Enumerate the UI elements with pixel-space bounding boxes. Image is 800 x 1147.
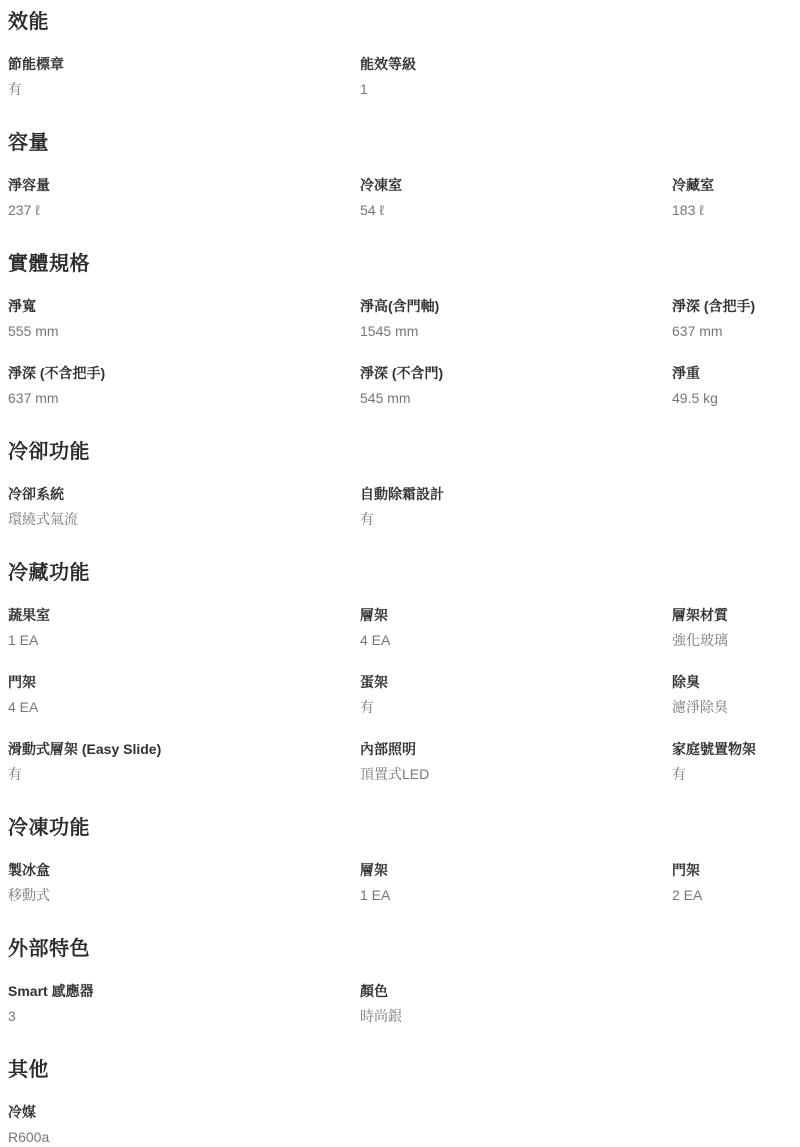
spec-item-value: 4 EA	[360, 630, 656, 650]
spec-item-label: 淨深 (不含門)	[360, 363, 656, 383]
spec-section: 外部特色 Smart 感應器 3 顏色 時尚銀	[8, 936, 800, 1026]
spec-item: 層架材質 強化玻璃	[672, 605, 800, 650]
spec-item-label: 冷卻系統	[8, 484, 344, 504]
spec-item-value: 有	[8, 79, 344, 99]
spec-item-label: 節能標章	[8, 54, 344, 74]
spec-row: 節能標章 有 能效等級 1	[8, 54, 800, 99]
spec-section-rows: 節能標章 有 能效等級 1	[8, 54, 800, 99]
spec-item-value: 時尚銀	[360, 1006, 656, 1026]
spec-item: 層架 1 EA	[360, 860, 672, 905]
spec-item: 淨深 (不含把手) 637 mm	[8, 363, 360, 408]
spec-item: 淨重 49.5 kg	[672, 363, 800, 408]
spec-item-value: 移動式	[8, 885, 344, 905]
spec-item-label: 家庭號置物架	[672, 739, 784, 759]
spec-item: 門架 4 EA	[8, 672, 360, 717]
spec-section: 容量 淨容量 237 ℓ 冷凍室 54 ℓ 冷藏室 183 ℓ	[8, 130, 800, 220]
spec-item-label: 門架	[8, 672, 344, 692]
spec-item-label: 淨深 (不含把手)	[8, 363, 344, 383]
spec-item-value: 1545 mm	[360, 321, 656, 341]
spec-section-title: 冷藏功能	[8, 560, 800, 586]
spec-item: 蔬果室 1 EA	[8, 605, 360, 650]
spec-item-label: 冷凍室	[360, 175, 656, 195]
spec-item: 蛋架 有	[360, 672, 672, 717]
spec-row: 淨容量 237 ℓ 冷凍室 54 ℓ 冷藏室 183 ℓ	[8, 175, 800, 220]
spec-item-value: 1	[360, 79, 656, 99]
spec-item: 內部照明 頂置式LED	[360, 739, 672, 784]
spec-item-label: Smart 感應器	[8, 981, 344, 1001]
spec-item-label: 層架材質	[672, 605, 784, 625]
spec-item: 冷凍室 54 ℓ	[360, 175, 672, 220]
spec-row: 冷卻系統 環繞式氣流 自動除霜設計 有	[8, 484, 800, 529]
spec-item: Smart 感應器 3	[8, 981, 360, 1026]
spec-item: 淨容量 237 ℓ	[8, 175, 360, 220]
spec-item-value: 3	[8, 1006, 344, 1026]
spec-item: 冷卻系統 環繞式氣流	[8, 484, 360, 529]
spec-item-value: 183 ℓ	[672, 200, 784, 220]
product-spec-sheet: 效能 節能標章 有 能效等級 1 容量 淨容量 237 ℓ 冷凍室 54 ℓ 冷…	[0, 0, 800, 1147]
spec-item: 冷媒 R600a	[8, 1102, 360, 1147]
spec-item: 門架 2 EA	[672, 860, 800, 905]
spec-item-label: 淨高(含門軸)	[360, 296, 656, 316]
spec-section: 冷卻功能 冷卻系統 環繞式氣流 自動除霜設計 有	[8, 439, 800, 529]
spec-item-label: 層架	[360, 605, 656, 625]
spec-item-value: 有	[360, 509, 656, 529]
spec-item-label: 滑動式層架 (Easy Slide)	[8, 739, 344, 759]
spec-row: 門架 4 EA 蛋架 有 除臭 濾淨除臭	[8, 672, 800, 717]
spec-item-label: 製冰盒	[8, 860, 344, 880]
spec-section: 冷凍功能 製冰盒 移動式 層架 1 EA 門架 2 EA	[8, 815, 800, 905]
spec-item-value: 2 EA	[672, 885, 784, 905]
spec-item: 家庭號置物架 有	[672, 739, 800, 784]
spec-section-title: 冷凍功能	[8, 815, 800, 841]
spec-item-value: 545 mm	[360, 388, 656, 408]
spec-item-value: 637 mm	[672, 321, 784, 341]
spec-item-value: 49.5 kg	[672, 388, 784, 408]
spec-section-rows: 冷卻系統 環繞式氣流 自動除霜設計 有	[8, 484, 800, 529]
spec-item-label: 淨重	[672, 363, 784, 383]
spec-row: 製冰盒 移動式 層架 1 EA 門架 2 EA	[8, 860, 800, 905]
spec-item-value: 濾淨除臭	[672, 697, 784, 717]
spec-section: 其他 冷媒 R600a	[8, 1057, 800, 1147]
spec-item-label: 冷媒	[8, 1102, 344, 1122]
spec-item: 自動除霜設計 有	[360, 484, 672, 529]
spec-section-rows: 製冰盒 移動式 層架 1 EA 門架 2 EA	[8, 860, 800, 905]
spec-item-label: 蛋架	[360, 672, 656, 692]
spec-item-value: 4 EA	[8, 697, 344, 717]
spec-section-title: 效能	[8, 9, 800, 35]
spec-item: 淨深 (不含門) 545 mm	[360, 363, 672, 408]
spec-item-value: 頂置式LED	[360, 764, 656, 784]
spec-item: 節能標章 有	[8, 54, 360, 99]
spec-section: 實體規格 淨寬 555 mm 淨高(含門軸) 1545 mm 淨深 (含把手) …	[8, 251, 800, 408]
spec-row: 淨深 (不含把手) 637 mm 淨深 (不含門) 545 mm 淨重 49.5…	[8, 363, 800, 408]
spec-item-value: 54 ℓ	[360, 200, 656, 220]
spec-item-value: 強化玻璃	[672, 630, 784, 650]
spec-item-label: 層架	[360, 860, 656, 880]
spec-item-value: 1 EA	[8, 630, 344, 650]
spec-section-title: 容量	[8, 130, 800, 156]
spec-section-rows: 淨寬 555 mm 淨高(含門軸) 1545 mm 淨深 (含把手) 637 m…	[8, 296, 800, 408]
spec-item: 顏色 時尚銀	[360, 981, 672, 1026]
spec-item-value: R600a	[8, 1127, 344, 1147]
spec-item-label: 淨深 (含把手)	[672, 296, 784, 316]
spec-section-title: 其他	[8, 1057, 800, 1083]
spec-row: 冷媒 R600a	[8, 1102, 800, 1147]
spec-section-title: 實體規格	[8, 251, 800, 277]
spec-item-value: 有	[672, 764, 784, 784]
spec-row: 蔬果室 1 EA 層架 4 EA 層架材質 強化玻璃	[8, 605, 800, 650]
spec-item-label: 除臭	[672, 672, 784, 692]
spec-item-label: 顏色	[360, 981, 656, 1001]
spec-item-value: 555 mm	[8, 321, 344, 341]
spec-item-value: 237 ℓ	[8, 200, 344, 220]
spec-item-value: 637 mm	[8, 388, 344, 408]
spec-item-value: 1 EA	[360, 885, 656, 905]
spec-row: 淨寬 555 mm 淨高(含門軸) 1545 mm 淨深 (含把手) 637 m…	[8, 296, 800, 341]
spec-item-label: 蔬果室	[8, 605, 344, 625]
spec-item: 滑動式層架 (Easy Slide) 有	[8, 739, 360, 784]
spec-section-rows: Smart 感應器 3 顏色 時尚銀	[8, 981, 800, 1026]
spec-item-label: 內部照明	[360, 739, 656, 759]
spec-item-label: 淨容量	[8, 175, 344, 195]
spec-item: 淨深 (含把手) 637 mm	[672, 296, 800, 341]
spec-item: 淨寬 555 mm	[8, 296, 360, 341]
spec-section-title: 外部特色	[8, 936, 800, 962]
spec-item: 冷藏室 183 ℓ	[672, 175, 800, 220]
spec-item-label: 門架	[672, 860, 784, 880]
spec-section: 冷藏功能 蔬果室 1 EA 層架 4 EA 層架材質 強化玻璃 門架 4 EA …	[8, 560, 800, 784]
spec-item: 除臭 濾淨除臭	[672, 672, 800, 717]
spec-item-value: 環繞式氣流	[8, 509, 344, 529]
spec-section-title: 冷卻功能	[8, 439, 800, 465]
spec-section-rows: 冷媒 R600a	[8, 1102, 800, 1147]
spec-item-label: 冷藏室	[672, 175, 784, 195]
spec-item: 淨高(含門軸) 1545 mm	[360, 296, 672, 341]
spec-item: 層架 4 EA	[360, 605, 672, 650]
spec-section: 效能 節能標章 有 能效等級 1	[8, 9, 800, 99]
spec-row: Smart 感應器 3 顏色 時尚銀	[8, 981, 800, 1026]
spec-item-label: 能效等級	[360, 54, 656, 74]
spec-item-value: 有	[360, 697, 656, 717]
spec-item: 能效等級 1	[360, 54, 672, 99]
spec-item: 製冰盒 移動式	[8, 860, 360, 905]
spec-section-rows: 淨容量 237 ℓ 冷凍室 54 ℓ 冷藏室 183 ℓ	[8, 175, 800, 220]
spec-item-label: 淨寬	[8, 296, 344, 316]
spec-row: 滑動式層架 (Easy Slide) 有 內部照明 頂置式LED 家庭號置物架 …	[8, 739, 800, 784]
spec-section-rows: 蔬果室 1 EA 層架 4 EA 層架材質 強化玻璃 門架 4 EA 蛋架 有 …	[8, 605, 800, 784]
spec-item-value: 有	[8, 764, 344, 784]
spec-item-label: 自動除霜設計	[360, 484, 656, 504]
